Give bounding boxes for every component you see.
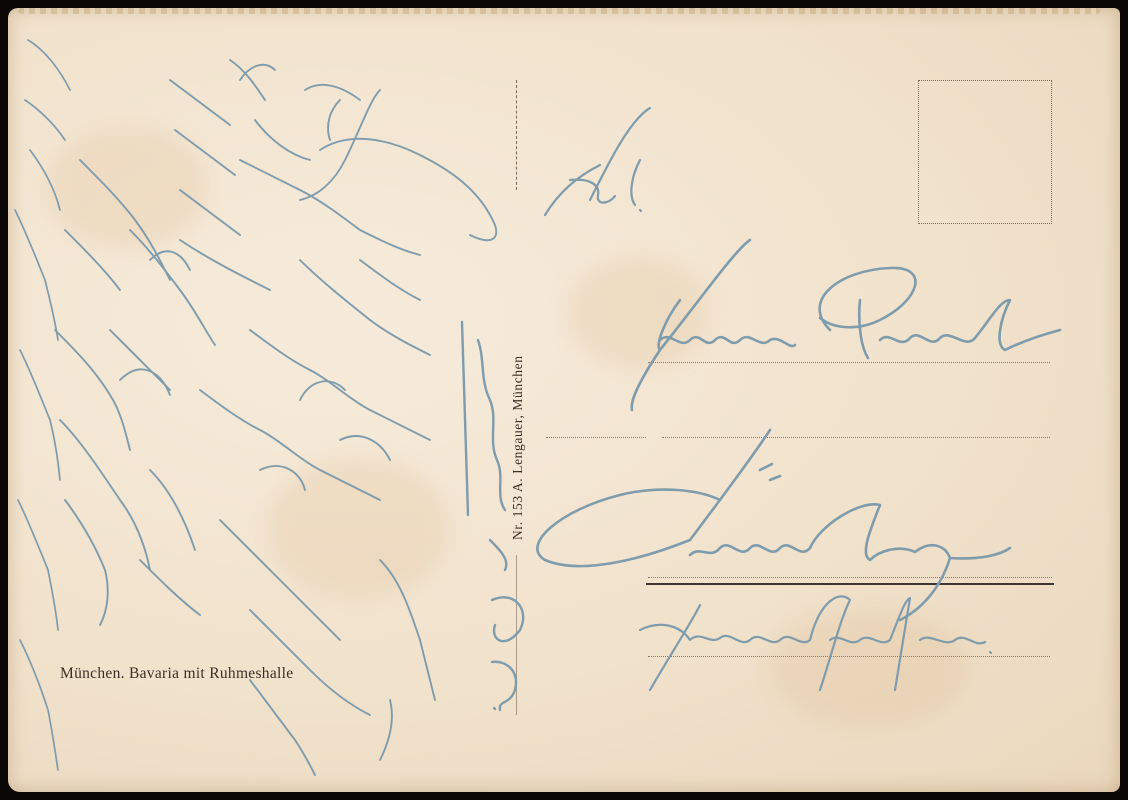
- paper-stain: [568, 258, 708, 368]
- publisher-imprint: Nr. 153 A. Lengauer, München: [510, 355, 526, 540]
- printed-caption: München. Bavaria mit Ruhmeshalle: [60, 665, 293, 683]
- center-divider-line: [516, 80, 517, 190]
- worn-top-edge: [18, 8, 1100, 14]
- paper-stain: [268, 458, 448, 598]
- center-divider-line-lower: [516, 555, 517, 715]
- paper-stain: [768, 608, 968, 728]
- address-line-1: [648, 362, 1050, 363]
- stamp-placeholder-box: [918, 80, 1052, 224]
- address-line-4: [648, 656, 1050, 657]
- address-line-3: [648, 577, 1052, 578]
- address-line-2a: [546, 437, 646, 438]
- handwritten-place-date: München 5. 6. 37.: [0, 0, 9, 1]
- address-underline-solid: [646, 583, 1054, 585]
- address-line-2b: [662, 437, 1050, 438]
- paper-stain: [48, 128, 208, 248]
